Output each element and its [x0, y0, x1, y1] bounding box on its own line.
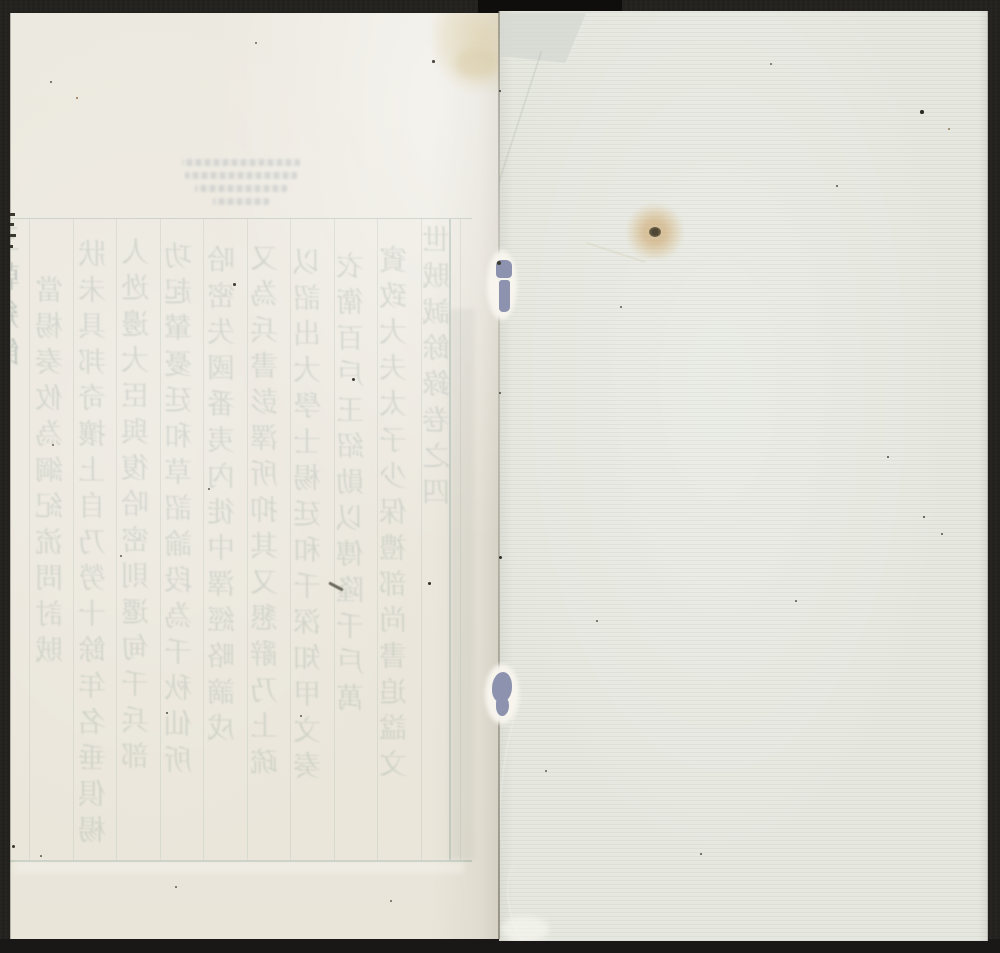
dust-speck: [352, 378, 355, 381]
dust-speck: [620, 306, 622, 308]
paper-repair-patch: [500, 13, 586, 63]
dust-speck: [300, 715, 302, 717]
ghost-text-column: 人迯邊大臣與復哈密則遷甸千兵部: [118, 237, 154, 777]
dust-speck: [233, 283, 236, 286]
dust-speck: [770, 63, 772, 65]
show-through-stamp: [175, 153, 307, 213]
foxing-stain-core: [649, 227, 661, 237]
dust-speck: [175, 886, 177, 888]
dust-speck: [596, 620, 598, 622]
ghost-text-column: 賓致大夫太子少保禮部尚書追諡文: [376, 245, 412, 785]
dust-speck: [432, 60, 435, 63]
dust-speck: [887, 456, 889, 458]
dust-speck: [545, 770, 547, 772]
dust-speck: [40, 855, 42, 857]
ghost-text-column: 又為兵書彭澤所抑其又懇辭乃上疏: [247, 243, 283, 783]
dust-speck: [499, 90, 501, 92]
dust-speck: [941, 533, 943, 535]
dust-speck: [52, 444, 54, 446]
dust-speck: [390, 900, 392, 902]
stamp-line: [195, 185, 287, 192]
dust-speck: [499, 392, 501, 394]
ink-blot-shape: [496, 696, 509, 716]
right-page: [499, 11, 988, 941]
dust-speck: [795, 600, 797, 602]
dust-speck: [166, 712, 168, 714]
paper-crease: [499, 51, 542, 194]
edge-tick: [10, 234, 16, 237]
stamp-line: [185, 172, 297, 179]
dust-speck: [428, 582, 431, 585]
stamp-line: [213, 198, 269, 205]
scanner-background-bottom: [0, 939, 1000, 953]
show-through-text-block: 世賊誠餘錄卷之四賓致大夫太子少保禮部尚書追諡文衣衛百戶王紹勛以傳隆千戶萬以詔出大…: [10, 13, 499, 939]
stamp-line: [182, 159, 300, 166]
dust-speck: [120, 555, 122, 557]
ink-blot-shape: [499, 280, 510, 312]
dust-speck: [920, 110, 924, 114]
fold-line: [498, 11, 500, 939]
dust-speck: [700, 853, 702, 855]
dust-speck: [836, 185, 838, 187]
book-scan: 世賊誠餘錄卷之四賓致大夫太子少保禮部尚書追諡文衣衛百戶王紹勛以傳隆千戶萬以詔出大…: [0, 0, 1000, 953]
ghost-text-column: 世賊誠餘錄卷之四: [419, 225, 455, 513]
paper-light-patch: [501, 916, 549, 941]
left-page: 世賊誠餘錄卷之四賓致大夫太子少保禮部尚書追諡文衣衛百戶王紹勛以傳隆千戶萬以詔出大…: [10, 13, 499, 939]
dust-speck: [12, 845, 15, 848]
edge-tick: [10, 245, 13, 248]
dust-speck: [948, 128, 950, 130]
ink-blot-upper: [495, 258, 513, 314]
dust-speck: [923, 516, 925, 518]
ink-blot-lower: [492, 672, 514, 716]
dust-speck: [208, 488, 210, 490]
dust-speck: [50, 81, 52, 83]
ghost-text-column: 以詔出大學士楊廷和千深知甲文奏: [290, 247, 326, 787]
edge-tick: [10, 213, 15, 216]
dust-speck: [76, 97, 78, 99]
edge-tick: [10, 223, 14, 226]
fold-top-stain-secondary: [455, 48, 499, 78]
ghost-text-column: 衣衛百戶王紹勛以傳隆千戶萬: [333, 251, 369, 719]
ghost-text-column: 功起輦憂廷和草詔諭段為千秋仙所: [161, 241, 197, 781]
ghost-text-column: 當楊奏攸為綱紀流問討賊: [32, 275, 68, 671]
ghost-text-column: 哈密失國番夷內徙中澤經略謫戍: [204, 245, 240, 749]
ink-blot-dot: [497, 261, 501, 265]
ghost-text-column: 狀未具邦奇攘上自乃勞十餘年名垂倶楊: [75, 239, 111, 851]
dust-speck: [499, 556, 502, 559]
dust-speck: [255, 42, 257, 44]
